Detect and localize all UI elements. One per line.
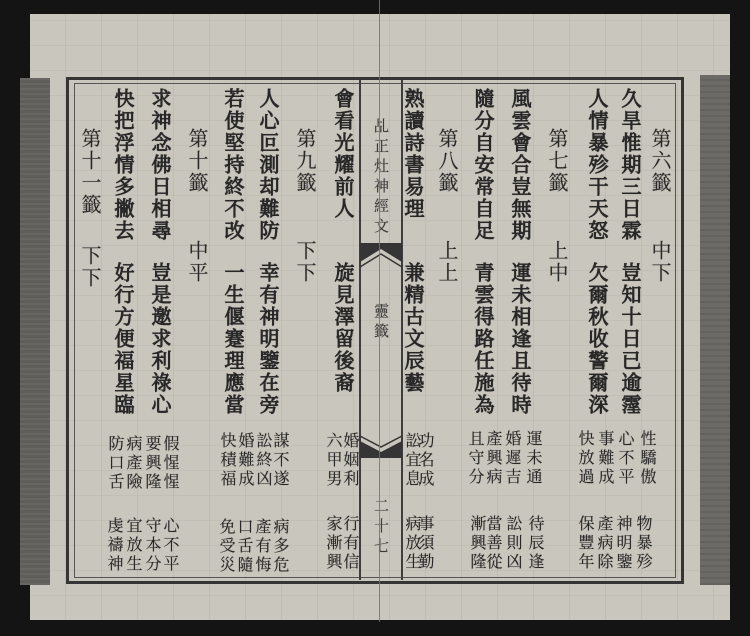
note: 物暴殄 bbox=[634, 515, 652, 572]
verse-1-second: 運未相逢且待時 bbox=[509, 262, 531, 416]
note: 且守分 bbox=[466, 430, 484, 487]
note: 虔禱神 bbox=[105, 517, 123, 574]
verse-2-second: 一生偃蹇理應當 bbox=[222, 262, 244, 416]
note: 事難成 bbox=[596, 430, 614, 487]
lot-title: 第十一籤 bbox=[79, 128, 101, 216]
note: 待辰逢 bbox=[526, 515, 544, 572]
note: 宜放生 bbox=[124, 517, 142, 574]
lot-grade: 上上 bbox=[436, 240, 458, 284]
note: 神明鑒 bbox=[614, 515, 632, 572]
verse-2-first: 人情暴殄干天怒 bbox=[586, 88, 608, 242]
verse-2-first: 若使堅持終不改 bbox=[222, 88, 244, 242]
note: 口舌隨 bbox=[235, 518, 253, 575]
note: 心不平 bbox=[616, 430, 634, 487]
lower-fishtail bbox=[360, 441, 402, 458]
lot-title: 第十籤 bbox=[186, 128, 208, 194]
verse-1-first: 熟讀詩書易理 bbox=[402, 88, 424, 220]
verse-2-second: 旋見澤留後裔 bbox=[332, 262, 354, 394]
note: 保豐年 bbox=[576, 515, 594, 572]
verse-2-first: 會看光耀前人 bbox=[332, 88, 354, 220]
note: 漸興隆 bbox=[468, 515, 486, 572]
note: 快放過 bbox=[576, 430, 594, 487]
verse-1-second: 幸有神明鑒在旁 bbox=[257, 262, 279, 416]
lot-grade: 中平 bbox=[186, 240, 208, 284]
note: 產有悔 bbox=[253, 518, 271, 575]
note: 病放生 bbox=[403, 515, 421, 572]
note: 運未通 bbox=[524, 430, 542, 487]
verse-1-first: 人心叵測却難防 bbox=[257, 88, 279, 242]
note: 免受災 bbox=[217, 518, 235, 575]
note: 心不平 bbox=[161, 517, 179, 574]
note: 婚遲吉 bbox=[503, 430, 521, 487]
note: 謀不遂 bbox=[271, 432, 289, 489]
note: 快積福 bbox=[218, 432, 236, 489]
lot-grade: 下下 bbox=[79, 245, 101, 289]
verse-1-second: 豈知十日已逾霪 bbox=[619, 262, 641, 416]
verse-2-first: 快把浮情多撇去 bbox=[112, 88, 134, 242]
note: 假惺惺 bbox=[161, 435, 179, 492]
verse-2-second: 好行方便福星臨 bbox=[112, 262, 134, 416]
note: 病產險 bbox=[124, 435, 142, 492]
note: 六甲男 bbox=[324, 432, 342, 489]
note: 要興隆 bbox=[143, 435, 161, 492]
spine-section: 靈籤 bbox=[372, 303, 390, 343]
lot-title: 第九籤 bbox=[294, 128, 316, 194]
note: 產興病 bbox=[484, 430, 502, 487]
note: 訟終凶 bbox=[254, 432, 272, 489]
verse-1-second: 豈是邀求利祿心 bbox=[149, 262, 171, 416]
lot-title: 第七籤 bbox=[546, 128, 568, 194]
verse-2-second: 青雲得路任施為 bbox=[472, 262, 494, 416]
note: 家漸興 bbox=[324, 515, 342, 572]
note: 行有信 bbox=[341, 515, 359, 572]
upper-fishtail bbox=[360, 243, 402, 262]
lot-title: 第六籤 bbox=[649, 128, 671, 194]
note: 婚姻利 bbox=[341, 432, 359, 489]
note: 婚難成 bbox=[236, 432, 254, 489]
lot-grade: 下下 bbox=[294, 240, 316, 284]
note: 產病除 bbox=[595, 515, 613, 572]
verse-1-first: 求神念佛日相尋 bbox=[149, 88, 171, 242]
verse-1-first: 久旱惟期三日霖 bbox=[619, 88, 641, 242]
lot-grade: 上中 bbox=[546, 240, 568, 284]
verse-1-second: 兼精古文辰藝 bbox=[402, 262, 424, 394]
spine-title: 乩正灶神經文 bbox=[372, 118, 390, 238]
note: 守本分 bbox=[143, 517, 161, 574]
note: 病多危 bbox=[271, 518, 289, 575]
note: 訟則凶 bbox=[504, 515, 522, 572]
verse-2-first: 隨分自安常自足 bbox=[472, 88, 494, 242]
note: 訟宜息 bbox=[403, 432, 421, 489]
note: 防口舌 bbox=[106, 435, 124, 492]
note: 性驕傲 bbox=[638, 430, 656, 487]
red-guide-line bbox=[379, 0, 380, 622]
lot-grade: 中下 bbox=[649, 240, 671, 284]
verse-2-second: 欠爾秋收警爾深 bbox=[586, 262, 608, 416]
verse-1-first: 風雲會合豈無期 bbox=[509, 88, 531, 242]
spine-page-number: 二十七 bbox=[372, 498, 390, 558]
lot-title: 第八籤 bbox=[436, 128, 458, 194]
